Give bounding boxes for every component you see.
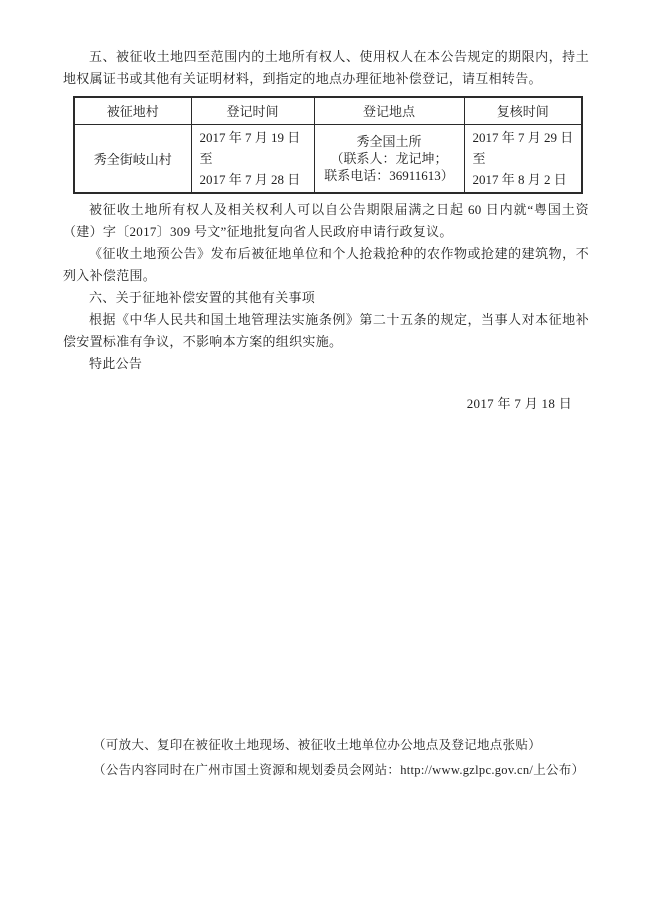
cell-village: 秀全街岐山村 (74, 124, 191, 193)
footnotes-section: （可放大、复印在被征收土地现场、被征收土地单位办公地点及登记地点张贴） （公告内… (63, 733, 603, 783)
column-header-registration-time: 登记时间 (191, 97, 314, 124)
column-header-village: 被征地村 (74, 97, 191, 124)
announcement-page: 五、被征收土地四至范围内的土地所有权人、使用权人在本公告规定的期限内，持土地权属… (0, 0, 650, 919)
paragraph-pre-announcement: 《征收土地预公告》发布后被征地单位和个人抢栽抢种的农作物或抢建的建筑物，不列入补… (63, 243, 589, 287)
document-content: 五、被征收土地四至范围内的土地所有权人、使用权人在本公告规定的期限内，持土地权属… (63, 46, 589, 415)
footnote-posting-locations: （可放大、复印在被征收土地现场、被征收土地单位办公地点及登记地点张贴） (63, 733, 603, 758)
paragraph-review-rights: 被征收土地所有权人及相关权利人可以自公告期限届满之日起 60 日内就“粤国土资（… (63, 199, 589, 243)
paragraph-item5: 五、被征收土地四至范围内的土地所有权人、使用权人在本公告规定的期限内，持土地权属… (63, 46, 589, 90)
footnote-website-publication: （公告内容同时在广州市国土资源和规划委员会网站：http://www.gzlpc… (63, 758, 603, 783)
paragraph-item6-body: 根据《中华人民共和国土地管理法实施条例》第二十五条的规定，当事人对本征地补偿安置… (63, 309, 589, 353)
cell-review-time: 2017 年 7 月 29 日至 2017 年 8 月 2 日 (464, 124, 582, 193)
paragraph-closing: 特此公告 (63, 353, 589, 375)
paragraph-item6-heading: 六、关于征地补偿安置的其他有关事项 (63, 287, 589, 309)
cell-registration-place: 秀全国土所 （联系人：龙记坤； 联系电话：36911613） (314, 124, 464, 193)
announcement-date: 2017 年 7 月 18 日 (63, 393, 589, 415)
cell-registration-time: 2017 年 7 月 19 日至 2017 年 7 月 28 日 (191, 124, 314, 193)
column-header-registration-place: 登记地点 (314, 97, 464, 124)
table-header-row: 被征地村 登记时间 登记地点 复核时间 (74, 97, 582, 124)
table-row: 秀全街岐山村 2017 年 7 月 19 日至 2017 年 7 月 28 日 … (74, 124, 582, 193)
column-header-review-time: 复核时间 (464, 97, 582, 124)
registration-table: 被征地村 登记时间 登记地点 复核时间 秀全街岐山村 2017 年 7 月 19… (73, 96, 583, 194)
